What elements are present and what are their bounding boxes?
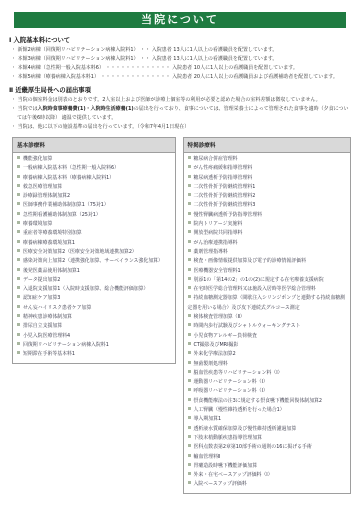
square-bullet-icon (17, 184, 20, 187)
square-bullet-icon (188, 361, 191, 364)
special-fee-item: 外来化学療法加算2 (188, 350, 348, 359)
square-bullet-icon (188, 230, 191, 233)
square-bullet-icon (17, 277, 20, 280)
basic-fee-item-label: 医療安全対策加算2（医療安全対策地域連携加算2） (23, 249, 137, 255)
special-fee-item-label: がん性疼痛緩和指導管理料 (194, 165, 253, 171)
square-bullet-icon (17, 240, 20, 243)
square-bullet-icon (17, 249, 20, 252)
square-bullet-icon (188, 426, 191, 429)
square-bullet-icon (188, 165, 191, 168)
square-bullet-icon (188, 202, 191, 205)
basic-fee-item: 精神疾患診療体制加算 (17, 313, 172, 322)
square-bullet-icon (188, 323, 191, 326)
special-fee-item-label: がん治療連携指導料 (194, 240, 238, 246)
square-bullet-icon (188, 212, 191, 215)
special-fee-item: 二次性骨折予防継続管理料1 (188, 183, 348, 192)
special-fee-item-label: 時間内歩行試験及びシャトルウォーキングテスト (194, 323, 301, 329)
basic-fee-item-label: 後発医薬品使用体制加算1 (23, 268, 80, 274)
square-bullet-icon (17, 175, 20, 178)
special-fee-item: 時間内歩行試験及びシャトルウォーキングテスト (188, 322, 348, 331)
basic-fee-item-label: 療養病棟入院基本料（療養病棟入院料1） (23, 175, 114, 181)
special-fee-item-label: CT撮影及びMRI撮影 (194, 342, 239, 348)
special-fee-item: 薬剤管理指導料 (188, 248, 348, 257)
basic-fee-item-label: 医師事務作業補助体制加算1（75対1） (23, 202, 109, 208)
square-bullet-icon (17, 342, 20, 345)
special-fee-item-label: 開放型病院共同指導料 (194, 230, 243, 236)
special-fee-item: 検体検査管理加算（Ⅱ） (188, 313, 348, 322)
basic-fee-item: 排尿自立支援加算 (17, 322, 172, 331)
special-fee-item-label: 呼吸器リハビリテーション料（Ⅰ） (194, 388, 268, 394)
basic-fee-item: 機能強化加算 (17, 155, 172, 164)
square-bullet-icon (188, 221, 191, 224)
square-bullet-icon (188, 463, 191, 466)
square-bullet-icon (188, 370, 191, 373)
basic-fee-item-label: 入退院支援加算1（入院時支援加算、総合機能評価加算） (23, 286, 148, 292)
special-fee-item: 持続血糖測定器加算（間歇注入シリンジポンプと連動する持続血糖測定器を用いる場合）… (188, 294, 348, 313)
basic-fee-item: 回復期リハビリテーション病棟入院料1 (17, 341, 172, 350)
special-fee-item-label: 脳血管疾患等リハビリテーション料（Ⅰ） (194, 370, 283, 376)
special-fee-item-label: 下肢末梢動脈疾患指導管理加算 (194, 435, 262, 441)
basic-fee-item: 医療安全対策加算2（医療安全対策地域連携加算2） (17, 248, 172, 257)
special-fee-item: 透析液水質確保加算及び慢性維持透析濾過加算 (188, 425, 348, 434)
square-bullet-icon (17, 333, 20, 336)
basic-fee-item-label: データ提出加算2 (23, 277, 60, 283)
square-bullet-icon (17, 351, 20, 354)
square-bullet-icon (188, 314, 191, 317)
special-fee-item-label: 在宅時医学総合管理料又は施設入居時等医学総合管理料 (194, 286, 316, 292)
special-fee-item: 二次性骨折予防継続管理料2 (188, 192, 348, 201)
special-fee-item: 小児食物アレルギー負荷検査 (188, 332, 348, 341)
inpatient-basic-fee-line: 本館5病棟（療養病棟入院基本料1） ・・・・・・・・・・・・・・ 入院患者 20… (11, 73, 351, 82)
special-fee-item: 運動器リハビリテーション料（Ⅰ） (188, 378, 348, 387)
basic-fee-item: 医師事務作業補助体制加算1（75対1） (17, 201, 172, 210)
special-fee-item: 開放型病院共同指導料 (188, 229, 348, 238)
square-bullet-icon (188, 388, 191, 391)
square-bullet-icon (17, 230, 20, 233)
square-bullet-icon (188, 416, 191, 419)
square-bullet-icon (17, 258, 20, 261)
special-fee-item-label: 入院ベースアップ評価料 (194, 481, 247, 487)
square-bullet-icon (17, 221, 20, 224)
square-bullet-icon (17, 165, 20, 168)
square-bullet-icon (17, 323, 20, 326)
basic-fee-item-label: 機能強化加算 (23, 156, 52, 162)
special-fee-item-label: 透析液水質確保加算及び慢性維持透析濾過加算 (194, 426, 297, 432)
square-bullet-icon (188, 193, 191, 196)
square-bullet-icon (188, 444, 191, 447)
special-fee-item-label: 糖尿病透析予防指導管理料 (194, 175, 253, 181)
special-fee-item-label: 人工腎臓（慢性維持透析を行った場合1） (194, 407, 285, 413)
square-bullet-icon (188, 435, 191, 438)
basic-fee-item-label: 一般病棟入院基本料（急性期一般入院料6） (23, 165, 119, 171)
square-bullet-icon (17, 156, 20, 159)
square-bullet-icon (17, 314, 20, 317)
special-fee-item: CT撮影及びMRI撮影 (188, 341, 348, 350)
square-bullet-icon (188, 156, 191, 159)
special-fee-item: 呼吸器リハビリテーション料（Ⅰ） (188, 387, 348, 396)
special-fee-item-label: 無菌製剤処理料 (194, 361, 228, 367)
square-bullet-icon (188, 407, 191, 410)
special-fee-item: 慢性腎臓病透析予防指導管理料 (188, 211, 348, 220)
section2-heading: Ⅱ 近畿厚生局長への届出事項 (9, 85, 351, 94)
basic-fees-list: 機能強化加算 一般病棟入院基本料（急性期一般入院料6） 療養病棟入院基本料（療養… (13, 153, 175, 363)
special-fee-item-label: 摂食機能療法の注3に規定する摂食嚥下機能回復体制加算2 (194, 398, 323, 404)
private-room-notice: 当院の個室料金は別表のとおりです。2人室以上および医師が診療上個室等の利用が必要… (11, 96, 351, 105)
special-fee-item-label: 慢性腎臓病透析予防指導管理料 (194, 212, 262, 218)
special-fee-item-label: 外来・在宅ベースアップ評価料（Ⅰ） (194, 472, 273, 478)
square-bullet-icon (188, 351, 191, 354)
special-fee-item-label: 検査・画像情報提供加算及び電子的診療情報評価料 (194, 258, 307, 264)
basic-fee-item: 急性期看護補助体制加算（25対1） (17, 211, 172, 220)
special-fee-item-label: 検体検査管理加算（Ⅱ） (194, 314, 245, 320)
document-page: 当院について Ⅰ 入院基本料について 新館2病棟（回復期リハビリテーション病棟入… (0, 0, 360, 509)
square-bullet-icon (188, 342, 191, 345)
special-fee-item: 糖尿病透析予防指導管理料 (188, 174, 348, 183)
meal-notice-pre: 当院では (18, 106, 38, 112)
special-fee-item: 無菌製剤処理料 (188, 360, 348, 369)
square-bullet-icon (188, 295, 191, 298)
special-fee-item-label: 糖尿病合併症管理料 (194, 156, 238, 162)
special-fee-item-label: 医療機器安全管理料1 (194, 268, 241, 274)
basic-fee-item-label: 療養環境加算 (23, 221, 52, 227)
inpatient-basic-fee-line: 本館4病棟（急性期一般入院基本料6） ・・・・・・・・・・・・・ 入院患者 10… (11, 64, 351, 73)
special-fee-item: 下肢末梢動脈疾患指導管理加算 (188, 434, 348, 443)
square-bullet-icon (188, 240, 191, 243)
special-fees-table-header: 特掲診療料 (184, 138, 351, 153)
square-bullet-icon (188, 481, 191, 484)
square-bullet-icon (188, 472, 191, 475)
square-bullet-icon (17, 286, 20, 289)
basic-fee-item: 感染対策向上加算2（連携強化加算、サーベイランス強化加算） (17, 257, 172, 266)
square-bullet-icon (17, 193, 20, 196)
basic-fee-item: せん妄ハイリスク患者ケア加算 (17, 304, 172, 313)
square-bullet-icon (188, 258, 191, 261)
special-fee-item: 二次性骨折予防継続管理料3 (188, 201, 348, 210)
basic-fee-item: 救急医療管理加算 (17, 183, 172, 192)
section1-list: 新館2病棟（回復期リハビリテーション病棟入院料1） ・・ 入院患者 13人に1人… (11, 46, 351, 82)
special-fee-item-label: 持続血糖測定器加算（間歇注入シリンジポンプと連動する持続血糖測定器を用いる場合）… (188, 295, 346, 310)
basic-fee-item: 重症者等療養環境特別加算 (17, 229, 172, 238)
basic-fee-item-label: 感染対策向上加算2（連携強化加算、サーベイランス強化加算） (23, 258, 163, 264)
special-fees-list: 糖尿病合併症管理料 がん性疼痛緩和指導管理料 糖尿病透析予防指導管理料 二次性骨… (184, 153, 351, 493)
special-fee-item-label: 外来化学療法加算2 (194, 351, 236, 357)
square-bullet-icon (188, 398, 191, 401)
basic-fee-item-label: 療養病棟療養環境加算1 (23, 240, 75, 246)
special-fee-item: 入院ベースアップ評価料 (188, 480, 348, 489)
basic-fee-item-label: 短期滞在手術等基本料1 (23, 351, 75, 357)
basic-fee-item-label: 急性期看護補助体制加算（25対1） (23, 212, 101, 218)
basic-fee-item: 療養病棟療養環境加算1 (17, 239, 172, 248)
meal-service-notice: 当院では入院時食事療養費(1)・入院時生活療養(1)の届出を行っており、食事につ… (11, 105, 351, 123)
basic-fee-item: 認知症ケア加算3 (17, 294, 172, 303)
square-bullet-icon (188, 175, 191, 178)
square-bullet-icon (188, 286, 191, 289)
special-fee-item-label: 導入期加算1 (194, 416, 222, 422)
special-fee-item: がん治療連携指導料 (188, 239, 348, 248)
basic-fee-item-label: 認知症ケア加算3 (23, 295, 60, 301)
basic-fee-item-label: せん妄ハイリスク患者ケア加算 (23, 305, 91, 311)
page-title: 当院について (14, 12, 346, 28)
facility-standards-tables: 基本診療料 機能強化加算 一般病棟入院基本料（急性期一般入院料6） 療養病棟入院… (12, 137, 351, 494)
section1-body: 新館2病棟（回復期リハビリテーション病棟入院料1） ・・ 入院患者 13人に1人… (11, 46, 351, 82)
special-fee-item-label: 胃瘻造設時嚥下機能評価加算 (194, 463, 258, 469)
special-fee-item: 脳血管疾患等リハビリテーション料（Ⅰ） (188, 369, 348, 378)
square-bullet-icon (188, 333, 191, 336)
special-fee-item: 摂食機能療法の注3に規定する摂食嚥下機能回復体制加算2 (188, 397, 348, 406)
basic-fee-item: 後発医薬品使用体制加算1 (17, 267, 172, 276)
basic-fee-item-label: 救急医療管理加算 (23, 184, 62, 190)
basic-fees-table-header: 基本診療料 (13, 138, 175, 153)
special-fee-item: 輸血管理料Ⅱ (188, 453, 348, 462)
square-bullet-icon (188, 268, 191, 271)
basic-fee-item: 小児入院医療管理料4 (17, 332, 172, 341)
section2-body: 当院の個室料金は別表のとおりです。2人室以上および医師が診療上個室等の利用が必要… (11, 96, 351, 132)
square-bullet-icon (17, 202, 20, 205)
basic-fee-item: 診療録管理体制加算2 (17, 192, 172, 201)
special-fee-item: 胃瘻造設時嚥下機能評価加算 (188, 462, 348, 471)
special-fee-item: 導入期加算1 (188, 415, 348, 424)
square-bullet-icon (17, 268, 20, 271)
basic-fee-item-label: 精神疾患診療体制加算 (23, 314, 72, 320)
square-bullet-icon (188, 277, 191, 280)
square-bullet-icon (17, 295, 20, 298)
special-fee-item: 糖尿病合併症管理料 (188, 155, 348, 164)
special-fee-item: 院内トリアージ実施料 (188, 220, 348, 229)
basic-fee-item-label: 小児入院医療管理料4 (23, 333, 70, 339)
special-fee-item-label: 二次性骨折予防継続管理料1 (194, 184, 256, 190)
basic-fee-item: データ提出加算2 (17, 276, 172, 285)
meal-notice-bold: 入院時食事療養費(1)・入院時生活療養(1) (38, 106, 134, 112)
basic-fee-item-label: 診療録管理体制加算2 (23, 193, 70, 199)
basic-fee-item: 短期滞在手術等基本料1 (17, 350, 172, 359)
inpatient-basic-fee-line: 新館2病棟（回復期リハビリテーション病棟入院料1） ・・ 入院患者 13人に1人… (11, 46, 351, 55)
special-fee-item: 検査・画像情報提供加算及び電子的診療情報評価料 (188, 257, 348, 266)
special-fee-item-label: 輸血管理料Ⅱ (194, 454, 221, 460)
square-bullet-icon (188, 379, 191, 382)
special-fee-item-label: 医科点数表第2章第10部手術の通則の16に掲げる手術 (194, 444, 312, 450)
inpatient-basic-fee-line: 本館3病棟（回復期リハビリテーション病棟入院料1） ・・ 入院患者 13人に1人… (11, 55, 351, 64)
square-bullet-icon (188, 249, 191, 252)
basic-fee-item-label: 重症者等療養環境特別加算 (23, 230, 82, 236)
special-fee-item-label: 別添1の「第14の2」の1の(2)に規定する在宅療養支援病院 (194, 277, 324, 283)
special-medical-fees-table: 特掲診療料 糖尿病合併症管理料 がん性疼痛緩和指導管理料 糖尿病透析予防指導管理… (183, 137, 352, 494)
special-fee-item-label: 小児食物アレルギー負荷検査 (194, 333, 257, 339)
special-fee-item-label: 運動器リハビリテーション料（Ⅰ） (194, 379, 268, 385)
square-bullet-icon (188, 184, 191, 187)
special-fee-item: 別添1の「第14の2」の1の(2)に規定する在宅療養支援病院 (188, 276, 348, 285)
special-fee-item: 外来・在宅ベースアップ評価料（Ⅰ） (188, 471, 348, 480)
basic-fee-item: 療養病棟入院基本料（療養病棟入院料1） (17, 174, 172, 183)
section1-heading: Ⅰ 入院基本料について (9, 35, 351, 44)
facility-standards-notice: 当院は、他に以下の施設基準の届出を行っています。（令和7年4月1日現在） (11, 123, 351, 132)
special-fee-item: がん性疼痛緩和指導管理料 (188, 164, 348, 173)
basic-fee-item: 入退院支援加算1（入院時支援加算、総合機能評価加算） (17, 285, 172, 294)
square-bullet-icon (188, 454, 191, 457)
special-fee-item-label: 二次性骨折予防継続管理料2 (194, 193, 256, 199)
special-fee-item-label: 薬剤管理指導料 (194, 249, 228, 255)
basic-fee-item: 療養環境加算 (17, 220, 172, 229)
special-fee-item: 人工腎臓（慢性維持透析を行った場合1） (188, 406, 348, 415)
basic-medical-fees-table: 基本診療料 機能強化加算 一般病棟入院基本料（急性期一般入院料6） 療養病棟入院… (12, 137, 176, 364)
square-bullet-icon (17, 305, 20, 308)
square-bullet-icon (17, 212, 20, 215)
special-fee-item: 医療機器安全管理料1 (188, 267, 348, 276)
basic-fee-item-label: 排尿自立支援加算 (23, 323, 62, 329)
special-fee-item-label: 院内トリアージ実施料 (194, 221, 243, 227)
basic-fee-item: 一般病棟入院基本料（急性期一般入院料6） (17, 164, 172, 173)
special-fee-item-label: 二次性骨折予防継続管理料3 (194, 202, 256, 208)
special-fee-item: 在宅時医学総合管理料又は施設入居時等医学総合管理料 (188, 285, 348, 294)
special-fee-item: 医科点数表第2章第10部手術の通則の16に掲げる手術 (188, 443, 348, 452)
basic-fee-item-label: 回復期リハビリテーション病棟入院料1 (23, 342, 109, 348)
